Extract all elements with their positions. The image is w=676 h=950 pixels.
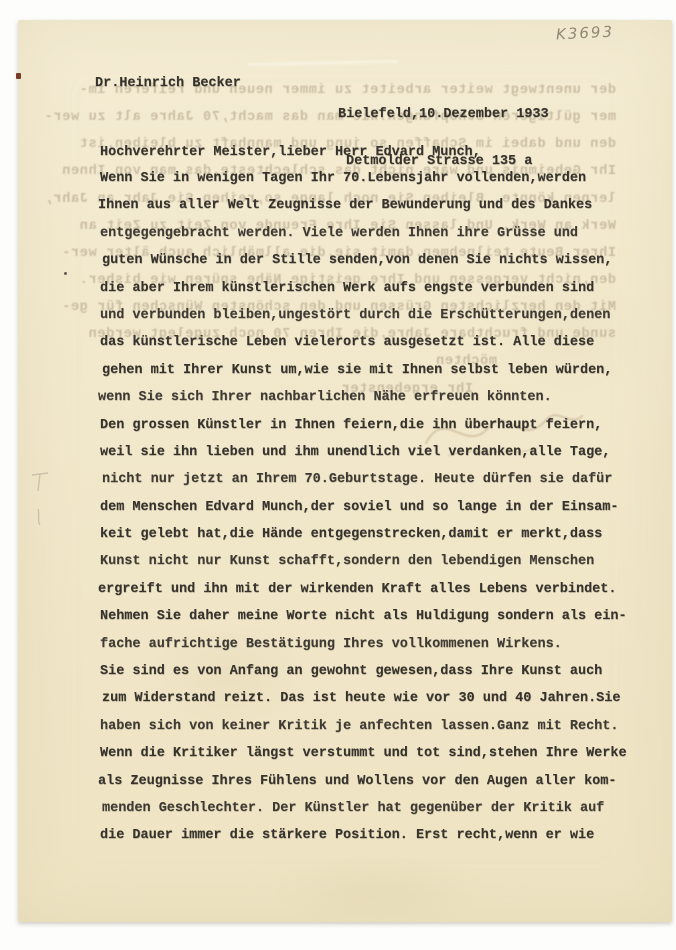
letter-line-text: wenn Sie sich Ihrer nachbarlichen Nähe e… [98,390,552,405]
paper-edge-speck [16,73,21,79]
letter-line: nicht nur jetzt an Ihrem 70.Geburtstage.… [102,466,629,493]
place-date: Bielefeld,10.Dezember 1933 [338,107,549,123]
letter-line: das künstlerische Leben vielerorts ausge… [100,329,627,356]
letter-line-text: nicht nur jetzt an Ihrem 70.Geburtstage.… [102,472,612,487]
letter-line: menden Geschlechter. Der Künstler hat ge… [102,795,629,822]
letter-line-text: fache aufrichtige Bestätigung Ihres voll… [100,637,562,652]
letter-line-text: guten Wünsche in der Stille senden,von d… [102,253,612,268]
letter-line: als Zeugnisse Ihres Fühlens und Wollens … [98,768,625,795]
letter-line: guten Wünsche in der Stille senden,von d… [102,247,629,274]
faint-pencil-marks [24,465,64,535]
letter-line: weil sie ihn lieben und ihm unendlich vi… [100,439,627,466]
letter-line-text: Den grossen Künstler in Ihnen feiern,die… [100,418,602,433]
letter-line: Nehmen Sie daher meine Worte nicht als H… [100,603,627,630]
letter-line-text: keit gelebt hat,die Hände entgegenstreck… [100,527,602,542]
letter-line: zum Widerstand reizt. Das ist heute wie … [102,685,629,712]
letter-line-text: ergreift und ihn mit der wirkenden Kraft… [98,582,616,597]
letter-line: haben sich von keiner Kritik je anfechte… [100,713,627,740]
stray-ink-dot [64,272,67,275]
letter-line-text: Wenn Sie in wenigen Tagen Ihr 70.Lebensj… [100,171,586,186]
letter-line-text: haben sich von keiner Kritik je anfechte… [100,719,618,734]
letter-line: entgegengebracht werden. Viele werden Ih… [100,220,627,247]
letter-line-text: Ihnen aus aller Welt Zeugnisse der Bewun… [98,198,592,213]
sender-name: Dr.Heinrich Becker [95,76,241,91]
letter-line: Den grossen Künstler in Ihnen feiern,die… [100,412,627,439]
letter-line: gehen mit Ihrer Kunst um,wie sie mit Ihn… [102,357,629,384]
letter-line: Wenn Sie in wenigen Tagen Ihr 70.Lebensj… [100,165,627,192]
letter-line-text: das künstlerische Leben vielerorts ausge… [100,335,594,350]
letter-line: fache aufrichtige Bestätigung Ihres voll… [100,631,627,658]
letter-line: die aber Ihrem künstlerischen Werk aufs … [100,275,627,302]
paper-stain [268,850,488,930]
letter-line-text: Nehmen Sie daher meine Worte nicht als H… [100,609,627,624]
letter-line-text: die aber Ihrem künstlerischen Werk aufs … [100,281,594,296]
paper-crease [248,60,398,65]
letter-line: dem Menschen Edvard Munch,der soviel und… [100,494,627,521]
letter-line: wenn Sie sich Ihrer nachbarlichen Nähe e… [98,384,625,411]
letter-line-text: als Zeugnisse Ihres Fühlens und Wollens … [98,774,616,789]
scan-background: der unentwegt weiter arbeitet zu immer n… [0,0,676,950]
archive-number-annotation: K3693 [556,22,615,43]
letter-body: Wenn Sie in wenigen Tagen Ihr 70.Lebensj… [100,165,627,850]
letter-line: Sie sind es von Anfang an gewohnt gewese… [100,658,627,685]
letter-line-text: menden Geschlechter. Der Künstler hat ge… [102,801,604,816]
letter-line: Wenn die Kritiker längst verstummt und t… [100,740,627,767]
salutation: Hochverehrter Meister,lieber Herr Edvard… [100,145,481,160]
letter-line: Ihnen aus aller Welt Zeugnisse der Bewun… [98,192,625,219]
letter-line-text: entgegengebracht werden. Viele werden Ih… [100,226,578,241]
letter-line-text: zum Widerstand reizt. Das ist heute wie … [102,691,620,706]
letter-line: ergreift und ihn mit der wirkenden Kraft… [98,576,625,603]
letter-line-text: Sie sind es von Anfang an gewohnt gewese… [100,664,602,679]
letter-page: der unentwegt weiter arbeitet zu immer n… [18,20,672,922]
letter-line-text: gehen mit Ihrer Kunst um,wie sie mit Ihn… [102,363,612,378]
letter-line-text: die Dauer immer die stärkere Position. E… [100,828,594,843]
letter-line: die Dauer immer die stärkere Position. E… [100,822,627,849]
letter-line: keit gelebt hat,die Hände entgegenstreck… [100,521,627,548]
letter-line: Kunst nicht nur Kunst schafft,sondern de… [100,548,627,575]
letter-line-text: dem Menschen Edvard Munch,der soviel und… [100,500,618,515]
letter-line-text: Wenn die Kritiker längst verstummt und t… [100,746,627,761]
letter-line-text: Kunst nicht nur Kunst schafft,sondern de… [100,554,594,569]
letter-line-text: weil sie ihn lieben und ihm unendlich vi… [100,445,610,460]
letter-line: und verbunden bleiben,ungestört durch di… [100,302,627,329]
letter-line-text: und verbunden bleiben,ungestört durch di… [100,308,610,323]
